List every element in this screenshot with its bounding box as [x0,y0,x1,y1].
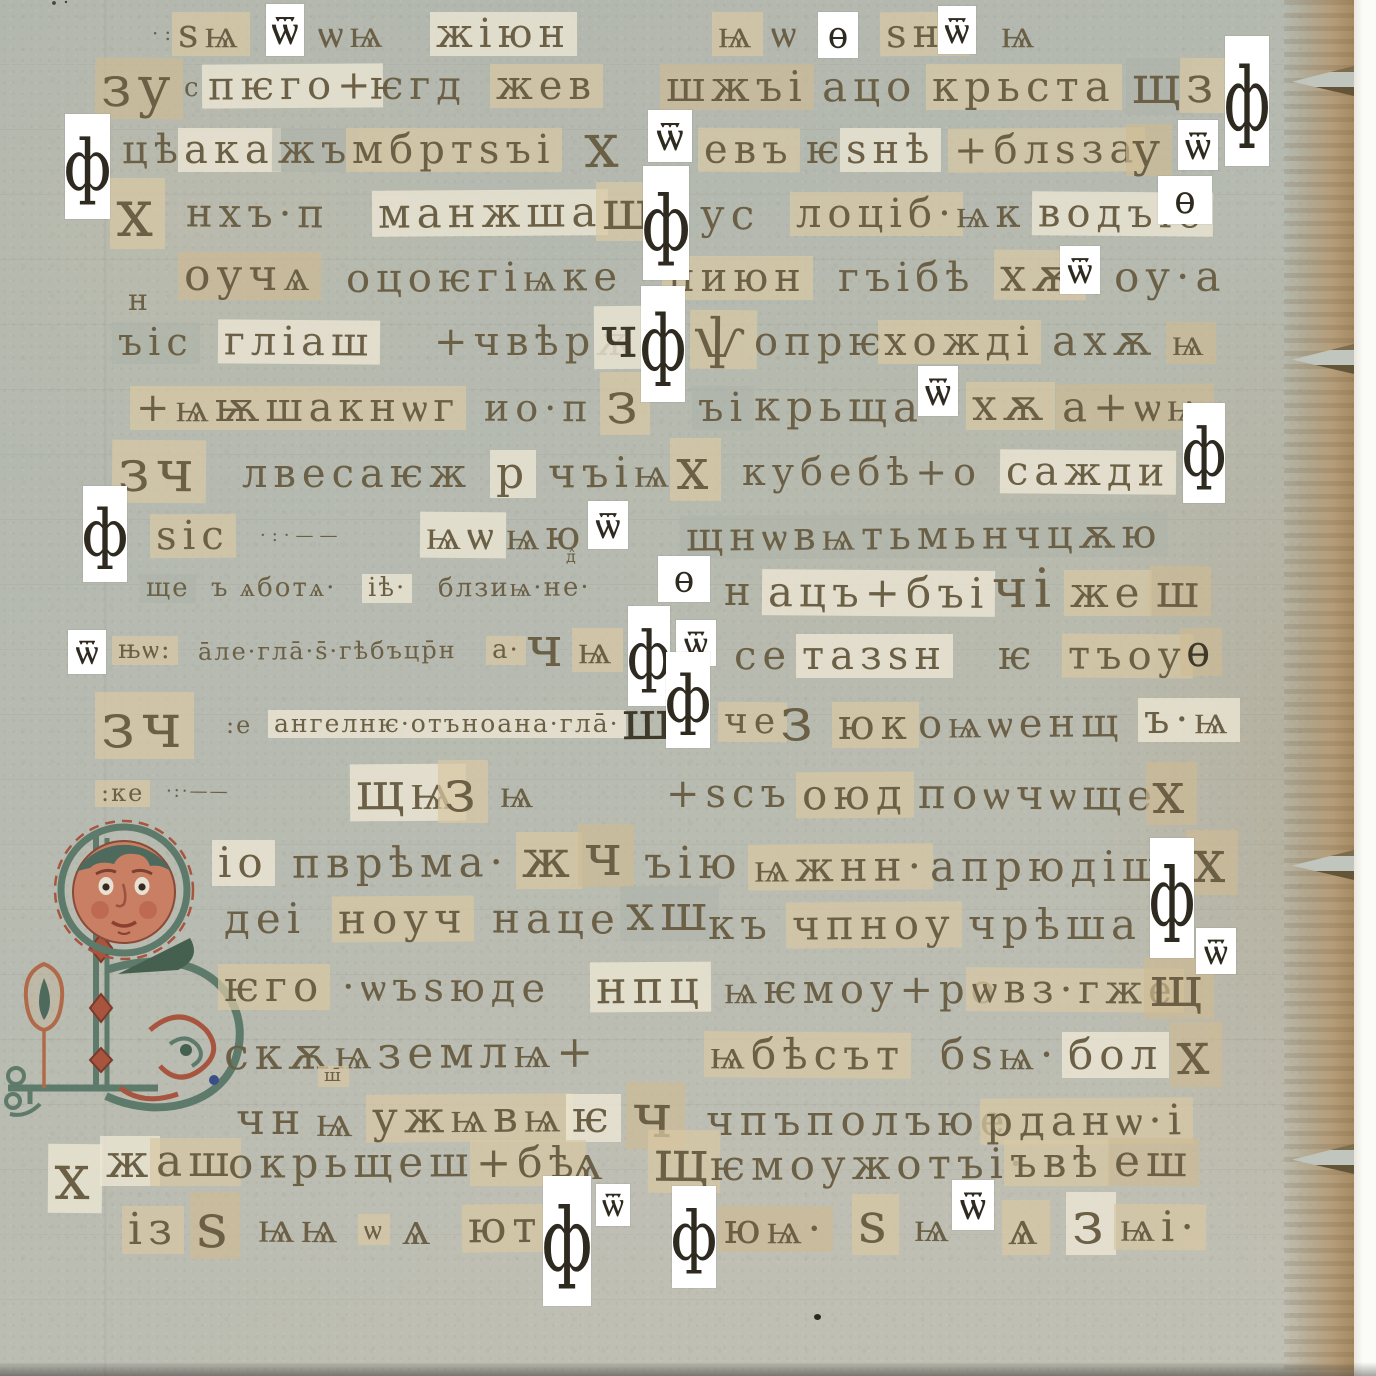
pasted-glyph-ot: ѿ [1178,120,1218,170]
text-segment-line2: пѥго+ [202,63,383,108]
text-segment-line1: ѕѩ [172,12,250,56]
text-segment-line9: ѩѡ [420,512,506,559]
text-segment-line9: ·:·—— [254,526,350,547]
text-segment-line16: нпц [590,962,711,1013]
text-segment-line17: скѫѩземлѩ+ [218,1029,605,1080]
text-segment-line8: кубебѣ+о [736,452,988,494]
text-segment-line20: юѩ· [718,1206,833,1252]
text-segment-line17: бѕѩ· [934,1032,1065,1078]
pasted-glyph-fita-phi: ф [1150,838,1194,958]
text-segment-line10: іѣ· [362,574,412,603]
text-segment-line2: з [1180,58,1226,113]
text-segment-line14: пврѣма· [286,839,515,887]
text-segment-line17: ѩбѣсът [704,1031,911,1079]
pasted-glyph-fita-phi: ф [83,486,127,582]
text-segment-line8: сажди [1000,449,1177,494]
text-segment-line20: ѧ [1002,1200,1050,1255]
text-segment-line15: ноуч [332,896,474,943]
text-segment-line2: жев [490,64,603,108]
text-segment-line18: чпъполъюе [700,1098,1017,1144]
text-segment-line6: гліаш [218,319,381,364]
text-segment-line3: евъ [698,128,800,173]
text-segment-line7: хѫ [966,382,1055,430]
text-segment-line14: іо [212,840,275,886]
text-segment-line17: х [1170,1022,1222,1087]
text-segment-line11: а̄ле·гла̄·ѕ̄·гѣбъцр̄н [192,637,463,666]
text-segment-line14: ж [516,832,582,889]
text-segment-line5: оцоѥгіѩке [340,255,629,301]
text-segment-line18: ужѩвѩ [366,1093,573,1143]
text-segment-line20: ѡ [358,1214,390,1245]
pasted-glyph-ot: ѿ [68,630,106,674]
pasted-glyph-ot: ѿ [918,366,958,416]
pasted-glyph-theta: ѳ [818,12,858,58]
text-segment-line3: мбртѕъі [346,128,562,172]
text-segment-line4: ѩк [950,192,1033,237]
text-segment-line3: ака [178,128,281,172]
pasted-glyph-fita-phi: ф [543,1176,591,1306]
text-segment-line16: ѥго [218,964,330,1010]
text-segment-line20: із [122,1206,184,1254]
text-segment-line7: ъі [692,386,754,430]
text-segment-line10: чі [986,560,1063,619]
pasted-glyph-ot: ѿ [952,1180,994,1230]
pasted-glyph-ot: ѿ [938,6,976,54]
text-segment-line4: нхъ·п [180,191,336,236]
text-segment-line11: се [728,634,798,678]
text-segment-line2: шжъі [660,64,814,110]
text-segment-line11: тазѕн [796,634,953,678]
text-segment-line6: ѱ [690,310,757,369]
text-segment-line6: опрѥ [748,320,894,364]
text-segment-line4: х [110,178,165,249]
text-segment-line13: ·:·—— [160,782,236,803]
text-segment-line1: ѩ [995,12,1046,56]
initial-face [55,821,193,959]
text-segment-line10: н [718,570,763,614]
text-segment-line10: ъ ѧботѧ· [205,574,342,603]
pasted-glyph-fita-phi: ф [65,114,110,219]
text-segment-line15: чпноу [786,901,962,948]
text-segment-line5: н [122,284,160,318]
corner-ink-marks [50,0,76,7]
text-segment-line6: ахѫ [1046,318,1164,365]
text-segment-line10: ш [1150,566,1211,617]
text-segment-line13: :ке [95,780,150,807]
pasted-glyph-theta: ѳ [658,556,710,602]
text-segment-line10: ацъ+бъі [762,569,996,617]
text-segment-line8: лвесаѥж [236,452,478,496]
text-segment-line20: ѕ [190,1192,240,1259]
text-segment-line10: блзиѩ·не· [432,573,597,603]
text-segment-line10: ще [140,574,196,604]
text-segment-line15: наце [486,895,627,942]
text-segment-line18: чн [230,1096,312,1144]
text-segment-line20: ѩі· [1114,1204,1206,1251]
text-segment-line6: ъіс [112,322,200,364]
pasted-glyph-ot: ѿ [648,110,692,162]
text-segment-line19: ъвѣ [1004,1140,1110,1186]
pasted-glyph-ot: ѿ [596,1184,630,1226]
text-segment-line11: њѡ: [112,636,178,665]
text-segment-line12: ъ·ѩ [1138,698,1240,742]
text-segment-line11: ѥ [992,634,1043,678]
text-segment-line19: еш [1108,1138,1199,1187]
text-segment-line13: +ѕсъ [660,772,798,816]
text-segment-line2: крьста [926,64,1122,110]
text-segment-line11: ѳ [1180,628,1223,676]
text-segment-line11: ч [520,618,575,679]
page-bottom-shadow [0,1362,1376,1376]
text-segment-line15: деі [218,896,312,942]
text-segment-line15: къ [702,902,779,948]
text-segment-line16: ѩѥмоу+ро [718,968,1007,1012]
text-segment-line6: хожді [878,320,1041,364]
text-segment-line12: :е [220,712,259,739]
text-segment-line1: жіюн [430,12,577,56]
text-segment-line20: ѩѩ [252,1204,350,1253]
initial-side-bud [26,964,62,1088]
text-segment-line14: ч [578,824,634,887]
text-segment-line13: поѡчѡще [912,771,1165,819]
text-segment-line7: крьща [748,383,930,431]
text-segment-line2: ацо [816,64,924,111]
text-segment-line5: оучѧ [178,252,321,300]
text-segment-line2: ѥгд [364,64,473,109]
text-segment-line5: оу·а [1108,254,1233,301]
text-segment-line9: ѕіс [150,514,236,559]
pasted-glyph-ot: ѿ [1196,928,1236,974]
text-segment-line10: д̂ [560,548,584,567]
text-segment-line4: лоціб· [790,192,963,236]
text-segment-line8: х [670,438,721,501]
text-segment-line8: р [490,450,536,498]
text-segment-line9: щнѡвѩтьмьнчцѫю [680,512,1169,559]
text-segment-line12: ангелнѥ·отъноана·гла̄· [268,710,626,738]
text-segment-line3: х [578,112,631,179]
pasted-glyph-fita-phi: ф [628,606,670,706]
text-segment-line12: юк [832,702,919,748]
text-segment-line3: у [1126,124,1172,176]
text-segment-line19: х [48,1144,103,1214]
manuscript-page: ·:ѕѩѡѩжіюнѩѡѕніѩзуспѥго+ѥгджевшжъіацокрь… [0,0,1376,1376]
text-segment-line14: ѩжнн· [748,843,933,890]
text-segment-line13: з [438,760,488,823]
text-segment-line7: +ѩѭшакнѡг [130,386,466,430]
text-segment-line13: ѩ [494,772,546,816]
text-segment-line16: ·ѡъѕюде [336,965,557,1011]
pasted-glyph-ot: ѿ [1060,246,1100,294]
text-segment-line8: чъіѩ [542,450,681,497]
text-segment-line12: оѩѡенщ [912,701,1131,747]
pasted-glyph-theta: ѳ [1158,176,1212,224]
text-segment-line13: х [1146,762,1197,825]
text-segment-line10: же [1064,570,1152,616]
text-segment-line12: зч [95,692,194,759]
text-segment-line1: ѡ [765,12,809,56]
text-segment-line11: ѩ [572,628,623,672]
pasted-glyph-fita-phi: ф [643,166,689,280]
text-segment-line15: чрѣша [962,902,1148,948]
text-segment-line13: оюд [796,772,914,819]
text-segment-line14: ъію [638,840,749,889]
text-segment-line4: манжша [372,189,609,237]
text-segment-line11: тъоу [1062,633,1194,678]
text-segment-line17: бол [1062,1032,1169,1078]
text-segment-line5: гъібѣ [832,256,981,300]
text-segment-line20: ѧ [396,1202,442,1254]
text-segment-line20: ѕ [852,1194,899,1255]
scan-white-margin [1354,0,1376,1376]
pasted-glyph-fita-phi: ф [666,652,710,748]
text-segment-line3: +блѕза [948,127,1146,172]
text-segment-line19: окрьщеш [222,1139,481,1187]
text-segment-line18: ш̄ [318,1066,349,1087]
pasted-glyph-fita-phi: ф [1183,403,1225,503]
pasted-glyph-ot: ѿ [266,4,304,56]
text-segment-line12: з [774,688,825,753]
pasted-glyph-fita-phi: ф [672,1186,716,1288]
text-segment-line6: ѩ [1166,322,1216,364]
ink-dot [814,1314,821,1320]
text-segment-line2: зу [95,58,183,119]
text-segment-line1: ѩ [712,12,763,56]
pasted-glyph-fita-phi: ф [641,286,685,402]
pasted-glyph-ot: ѿ [588,501,628,549]
pasted-glyph-fita-phi: ф [1225,36,1269,166]
text-segment-line1: ѡѩ [312,12,395,57]
text-segment-line7: ио·п [478,388,600,431]
text-segment-line3: ѕнѣ [840,128,941,172]
text-segment-line4: ус [694,192,767,239]
text-segment-line20: з [1066,1192,1116,1255]
